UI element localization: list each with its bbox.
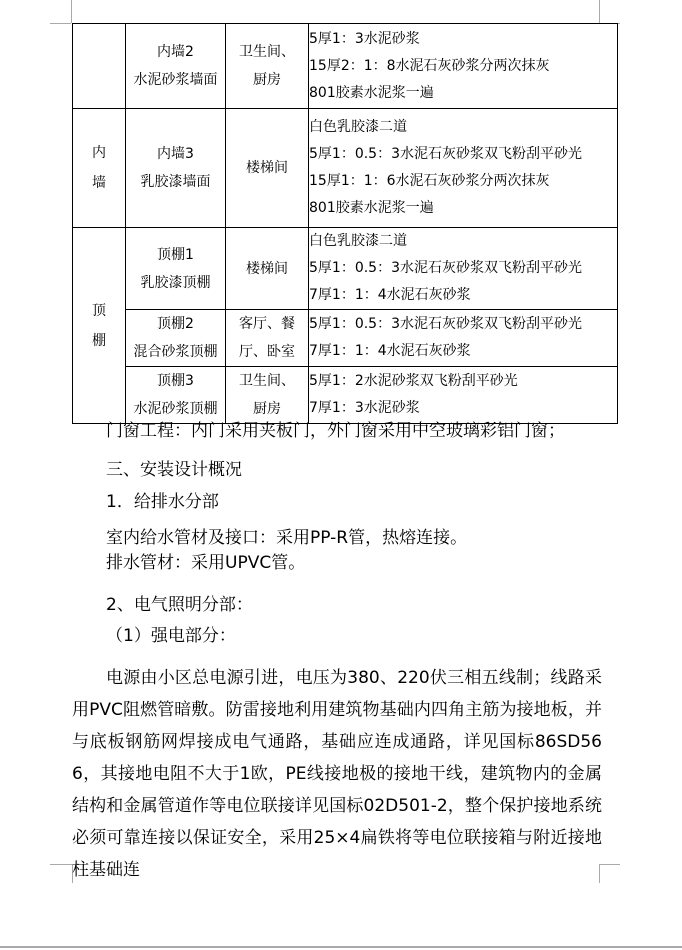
finish-item-cell: 顶棚2 混合砂浆顶棚: [126, 310, 226, 367]
spec-cell: 5厚1：3水泥砂浆 15厚2：1：8水泥石灰砂浆分两次抹灰 801胶素水泥浆一遍: [309, 24, 618, 109]
table-row: 顶棚3 水泥砂浆顶棚 卫生间、 厨房 5厚1：2水泥砂浆双飞粉刮平砂光 7厚1：…: [73, 367, 618, 424]
margin-mark-top-left-horizontal: [50, 23, 71, 24]
rooms-cell: 楼梯间: [226, 228, 309, 310]
body-text-area: 门窗工程：内门采用夹板门，外门窗采用中空玻璃彩铝门窗； 三、安装设计概况 1．给…: [72, 419, 602, 886]
margin-mark-bottom-right-horizontal: [599, 864, 620, 865]
spec-cell: 白色乳胶漆二道 5厚1：0.5：3水泥石灰砂浆双飞粉刮平砂光 15厚1：1：6水…: [309, 109, 618, 228]
finish-item-cell: 顶棚3 水泥砂浆顶棚: [126, 367, 226, 424]
finish-item-cell: 内墙3 乳胶漆墙面: [126, 109, 226, 228]
spec-cell: 白色乳胶漆二道 5厚1：0.5：3水泥石灰砂浆双飞粉刮平砂光 7厚1：1：4水泥…: [309, 228, 618, 310]
group-cell-ceiling: 顶 棚: [73, 228, 126, 424]
group-cell-interior-wall: 内 墙: [73, 109, 126, 228]
rooms-cell: 卫生间、 厨房: [226, 24, 309, 109]
table-row: 顶棚2 混合砂浆顶棚 客厅、餐 厅、卧室 5厚1：0.5：3水泥石灰砂浆双飞粉刮…: [73, 310, 618, 367]
document-page: 内墙2 水泥砂浆墙面 卫生间、 厨房 5厚1：3水泥砂浆 15厚2：1：8水泥石…: [0, 0, 682, 950]
rooms-cell: 卫生间、 厨房: [226, 367, 309, 424]
electrical-heading: 2、电气照明分部：: [72, 593, 602, 618]
finish-item-cell: 顶棚1 乳胶漆顶棚: [126, 228, 226, 310]
plumbing-heading: 1．给排水分部: [72, 490, 602, 515]
rooms-cell: 楼梯间: [226, 109, 309, 228]
finish-schedule-table: 内墙2 水泥砂浆墙面 卫生间、 厨房 5厚1：3水泥砂浆 15厚2：1：8水泥石…: [72, 23, 618, 424]
group-cell-empty: [73, 24, 126, 109]
drainage-line: 排水管材：采用UPVC管。: [72, 551, 602, 576]
spec-cell: 5厚1：2水泥砂浆双飞粉刮平砂光 7厚1：3水泥砂浆: [309, 367, 618, 424]
strong-power-paragraph: 电源由小区总电源引进，电压为380、220伏三相五线制；线路采用PVC阻燃管暗敷…: [72, 662, 602, 886]
margin-mark-top-left-vertical: [71, 0, 72, 23]
water-supply-line: 室内给水管材及接口：采用PP-R管，热熔连接。: [72, 526, 602, 551]
margin-mark-top-right-vertical: [599, 0, 600, 23]
margin-mark-bottom-left-horizontal: [50, 864, 72, 865]
table-row: 内 墙 内墙3 乳胶漆墙面 楼梯间 白色乳胶漆二道 5厚1：0.5：3水泥石灰砂…: [73, 109, 618, 228]
spec-cell: 5厚1：0.5：3水泥石灰砂浆双飞粉刮平砂光 7厚1：1：4水泥石灰砂浆: [309, 310, 618, 367]
table-row: 内墙2 水泥砂浆墙面 卫生间、 厨房 5厚1：3水泥砂浆 15厚2：1：8水泥石…: [73, 24, 618, 109]
finish-item-cell: 内墙2 水泥砂浆墙面: [126, 24, 226, 109]
door-window-line: 门窗工程：内门采用夹板门，外门窗采用中空玻璃彩铝门窗；: [72, 419, 602, 444]
table-row: 顶 棚 顶棚1 乳胶漆顶棚 楼梯间 白色乳胶漆二道 5厚1：0.5：3水泥石灰砂…: [73, 228, 618, 310]
strong-power-heading: （1）强电部分：: [72, 624, 602, 649]
rooms-cell: 客厅、餐 厅、卧室: [226, 310, 309, 367]
page-bottom-edge: [0, 946, 682, 948]
section-heading: 三、安装设计概况: [72, 458, 602, 483]
